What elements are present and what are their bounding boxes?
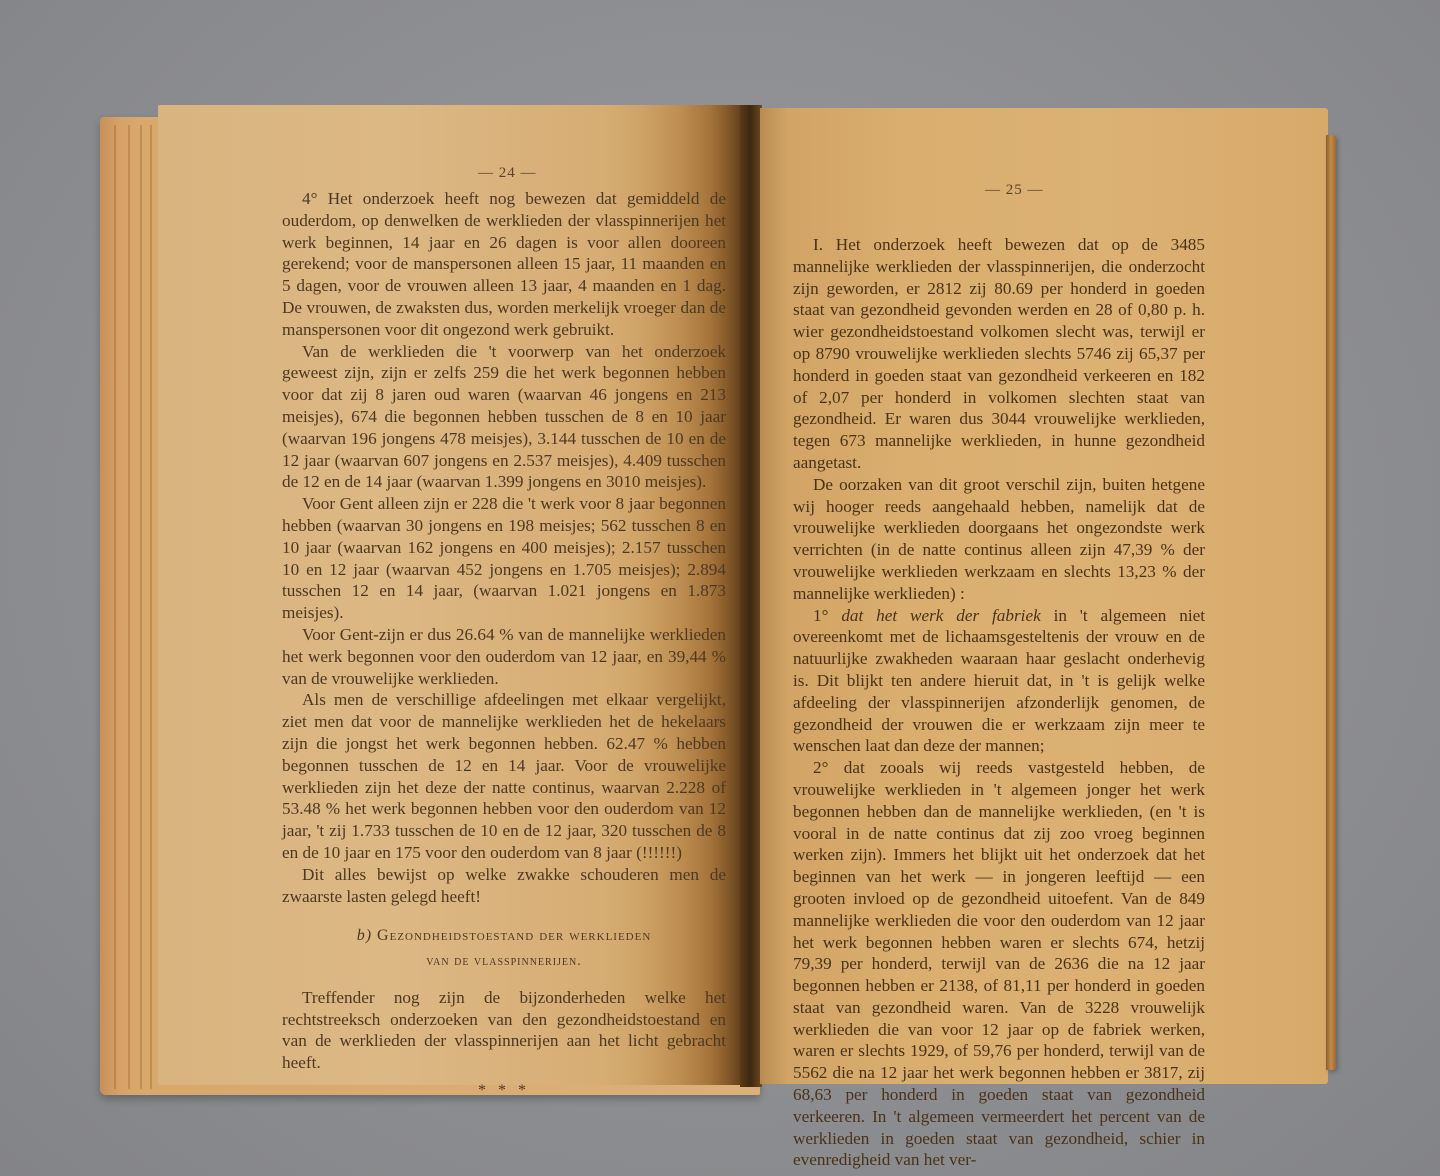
section-heading-line2: van de vlasspinnerijen. <box>282 951 726 973</box>
paragraph: Treffender nog zijn de bijzonderheden we… <box>282 987 726 1074</box>
paragraph: Voor Gent alleen zijn er 228 die 't werk… <box>282 493 726 624</box>
right-page-edge <box>1326 135 1336 1070</box>
paragraph: Als men de verschillige afdeelingen met … <box>282 689 726 863</box>
point-2: 2° dat zooals wij reeds vastgesteld hebb… <box>793 757 1205 1171</box>
paragraph: Voor Gent-zijn er dus 26.64 % van de man… <box>282 624 726 689</box>
section-heading-line1: Gezondheidstoestand der werklieden <box>377 927 651 944</box>
open-book: — 24 — — 25 — 4° Het onderzoek heeft nog… <box>0 0 1440 1176</box>
paragraph: I. Het onderzoek heeft bewezen dat op de… <box>793 234 1205 474</box>
section-heading: b) Gezondheidstoestand der werklieden <box>282 925 726 947</box>
paragraph: De oorzaken van dit groot verschil zijn,… <box>793 474 1205 605</box>
point-1-prefix: 1° <box>813 606 841 625</box>
left-page-text: 4° Het onderzoek heeft nog bewezen dat g… <box>282 188 726 1098</box>
right-page-text: I. Het onderzoek heeft bewezen dat op de… <box>793 234 1205 1171</box>
paragraph: 4° Het onderzoek heeft nog bewezen dat g… <box>282 188 726 341</box>
paragraph: Van de werklieden die 't voorwerp van he… <box>282 341 726 494</box>
point-1-italic: dat het werk der fabriek <box>841 606 1040 625</box>
point-1-rest: in 't algemeen niet overeenkomt met de l… <box>793 606 1205 756</box>
point-1: 1° dat het werk der fabriek in 't algeme… <box>793 605 1205 758</box>
ornament-asterism: * * * <box>282 1084 726 1098</box>
book-gutter <box>740 105 762 1087</box>
paragraph: Dit alles bewijst op welke zwakke schoud… <box>282 864 726 908</box>
page-number-left: — 24 — <box>478 165 537 182</box>
page-number-right: — 25 — <box>985 182 1044 199</box>
section-marker: b) <box>357 927 372 944</box>
